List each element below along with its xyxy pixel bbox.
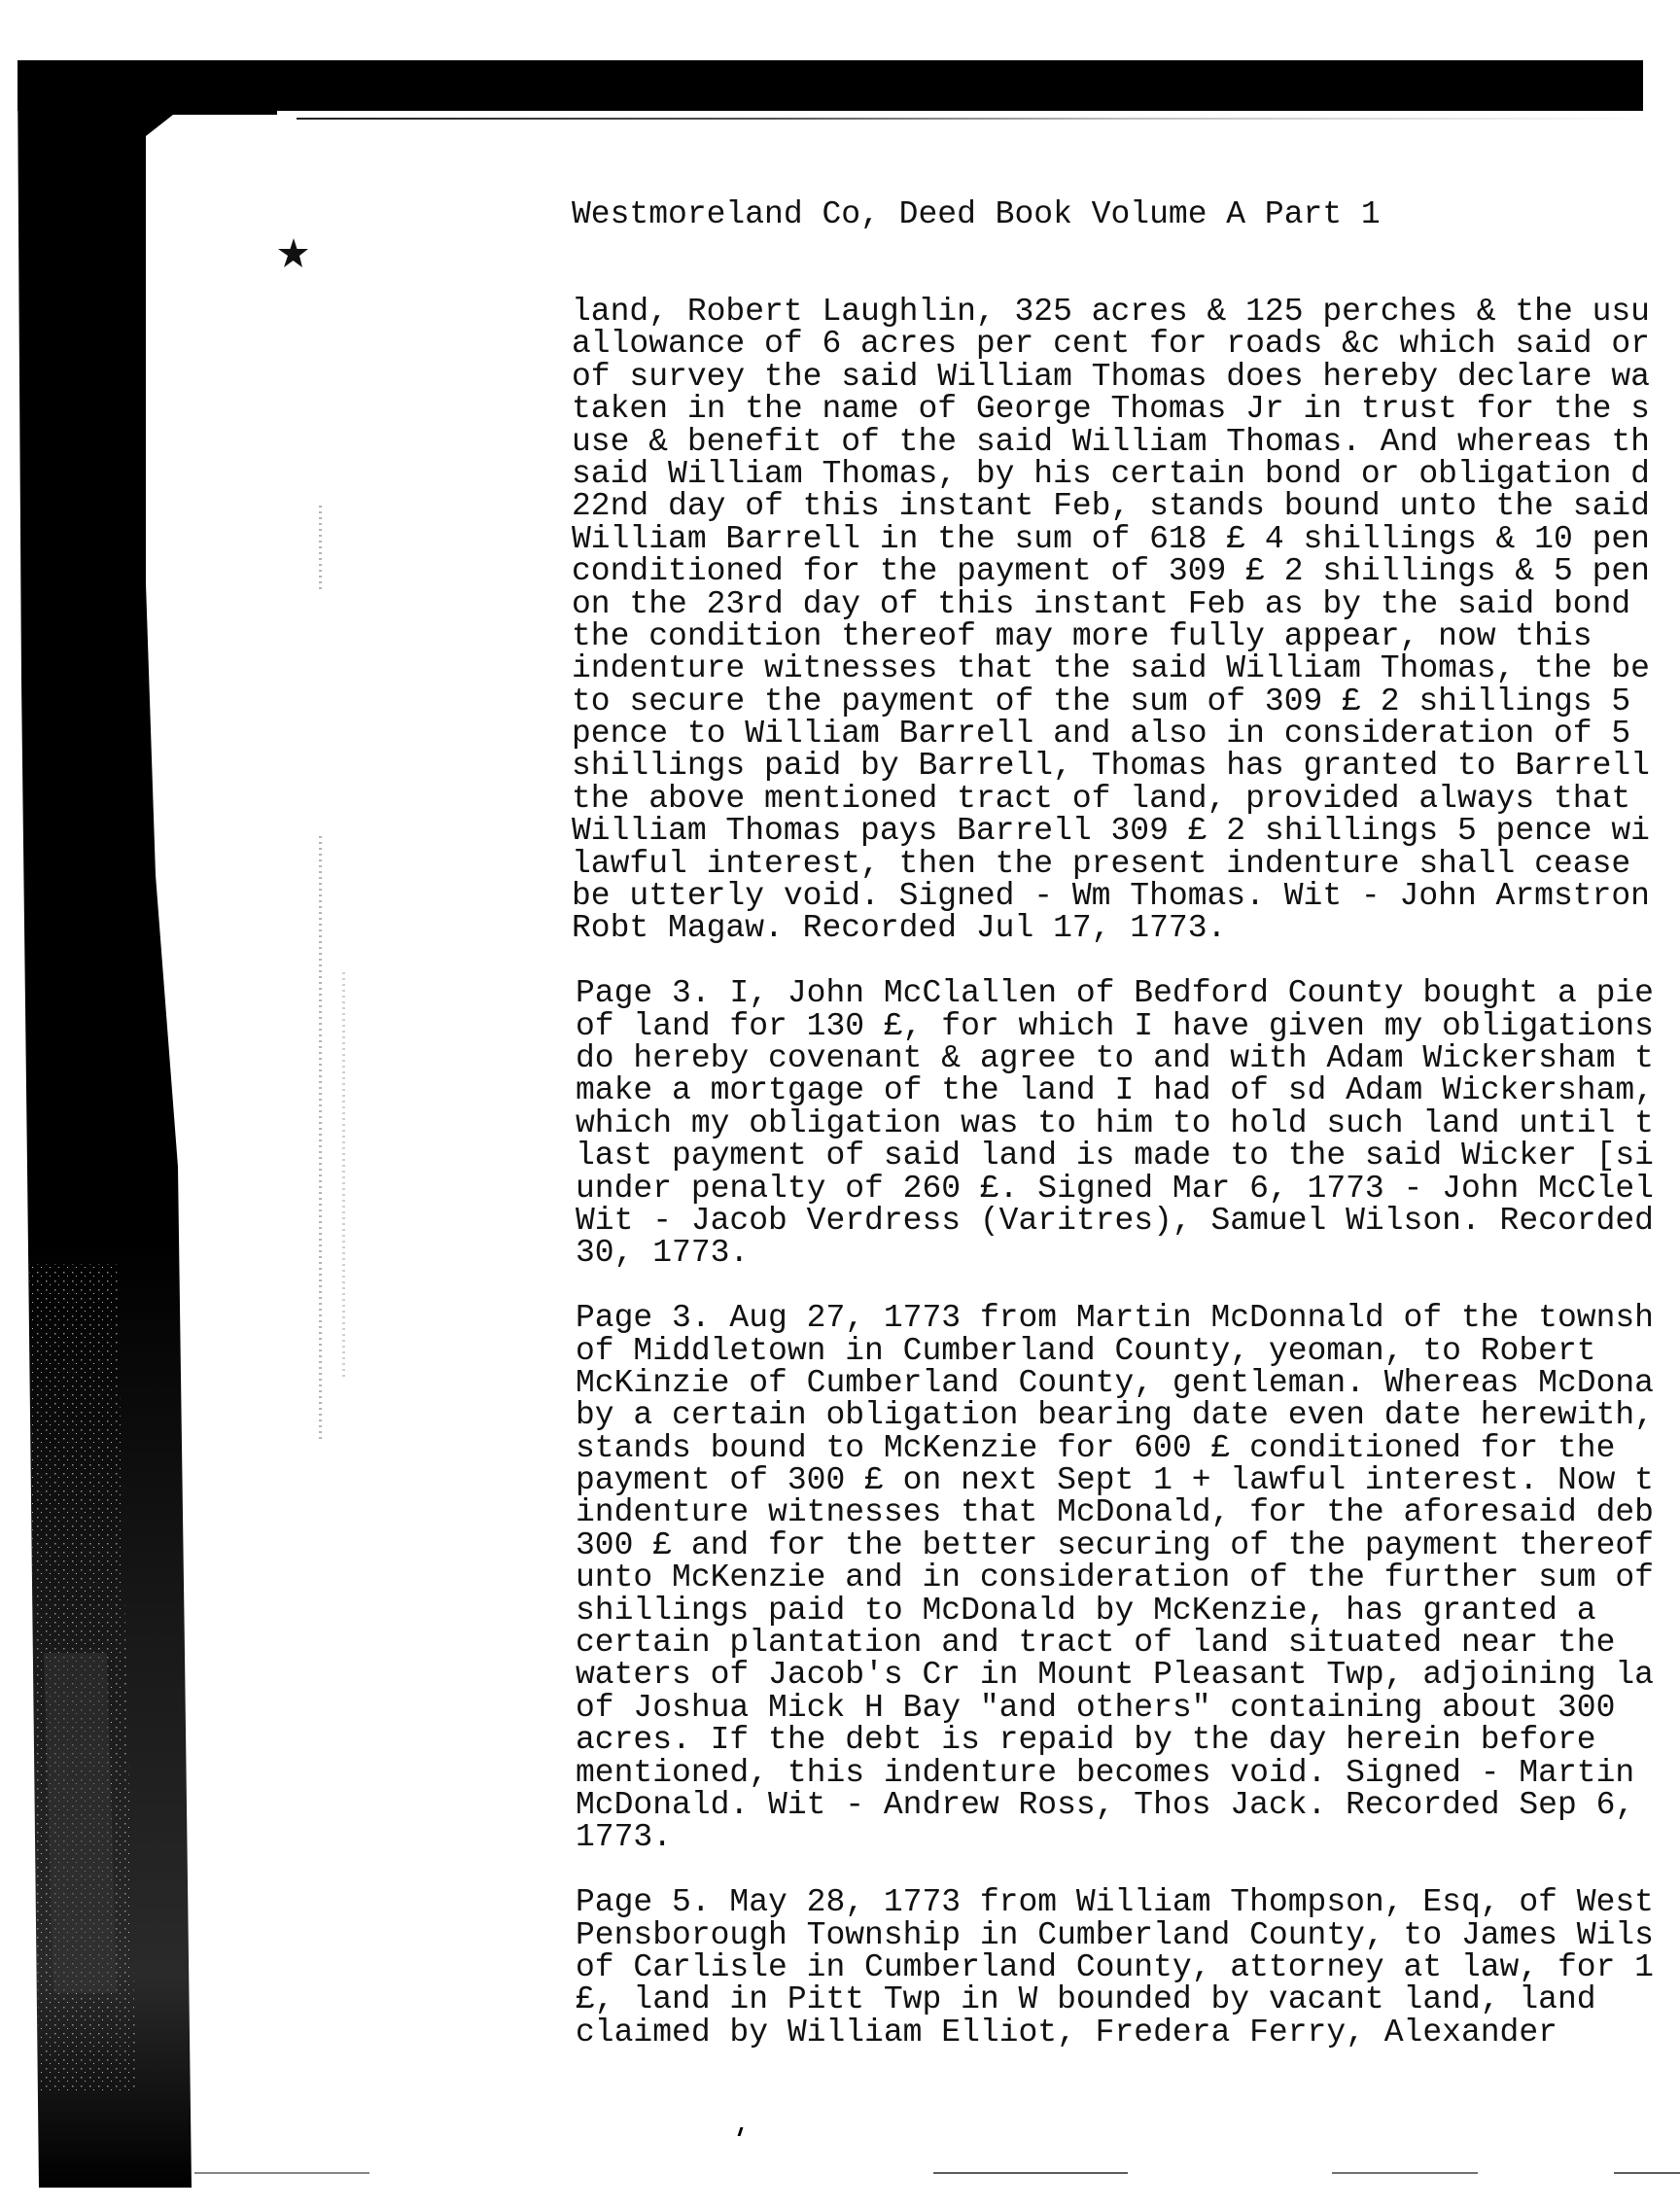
text-line: of Middletown in Cumberland County, yeom… bbox=[576, 1335, 1661, 1367]
text-line: Wit - Jacob Verdress (Varitres), Samuel … bbox=[576, 1205, 1661, 1237]
scan-artifact bbox=[319, 506, 322, 593]
text-line: William Barrell in the sum of 618 £ 4 sh… bbox=[572, 523, 1661, 555]
text-line: taken in the name of George Thomas Jr in… bbox=[572, 393, 1661, 425]
star-margin-icon bbox=[275, 236, 310, 271]
text-line: of land for 130 £, for which I have give… bbox=[576, 1010, 1661, 1042]
text-line: land, Robert Laughlin, 325 acres & 125 p… bbox=[572, 296, 1661, 328]
text-line: shillings paid by Barrell, Thomas has gr… bbox=[572, 750, 1661, 782]
text-line: use & benefit of the said William Thomas… bbox=[572, 426, 1661, 458]
text-line: £, land in Pitt Twp in W bounded by vaca… bbox=[576, 1983, 1661, 2015]
text-line: payment of 300 £ on next Sept 1 + lawful… bbox=[576, 1464, 1661, 1496]
text-line: 22nd day of this instant Feb, stands bou… bbox=[572, 490, 1661, 522]
text-line: the condition thereof may more fully app… bbox=[572, 620, 1661, 652]
text-line: 1773. bbox=[576, 1821, 1661, 1853]
page-edge-line bbox=[297, 118, 1658, 120]
text-line: Page 3. Aug 27, 1773 from Martin McDonna… bbox=[576, 1302, 1661, 1334]
scan-artifact bbox=[319, 836, 322, 1439]
text-line: on the 23rd day of this instant Feb as b… bbox=[572, 588, 1661, 620]
text-line: claimed by William Elliot, Fredera Ferry… bbox=[576, 2016, 1661, 2049]
text-line: of Carlisle in Cumberland County, attorn… bbox=[576, 1951, 1661, 1983]
text-line: pence to William Barrell and also in con… bbox=[572, 718, 1661, 750]
scan-border-top bbox=[17, 60, 1643, 111]
text-line: of Joshua Mick H Bay "and others" contai… bbox=[576, 1692, 1661, 1724]
text-line: do hereby covenant & agree to and with A… bbox=[576, 1042, 1661, 1074]
scanned-page: Westmoreland Co, Deed Book Volume A Part… bbox=[0, 0, 1680, 2208]
text-line: Robt Magaw. Recorded Jul 17, 1773. bbox=[572, 912, 1661, 944]
text-line: lawful interest, then the present indent… bbox=[572, 848, 1661, 880]
text-line: last payment of said land is made to the… bbox=[576, 1139, 1661, 1172]
page-bottom-edge bbox=[1332, 2172, 1478, 2174]
text-line: McKinzie of Cumberland County, gentleman… bbox=[576, 1367, 1661, 1399]
text-line: 300 £ and for the better securing of the… bbox=[576, 1529, 1661, 1561]
text-line: Page 5. May 28, 1773 from William Thomps… bbox=[576, 1886, 1661, 1918]
text-line: allowance of 6 acres per cent for roads … bbox=[572, 328, 1661, 360]
text-line: Pensborough Township in Cumberland Count… bbox=[576, 1919, 1661, 1951]
text-line: William Thomas pays Barrell 309 £ 2 shil… bbox=[572, 815, 1661, 847]
page-bottom-edge bbox=[933, 2172, 1128, 2174]
text-line: waters of Jacob's Cr in Mount Pleasant T… bbox=[576, 1659, 1661, 1691]
text-line: by a certain obligation bearing date eve… bbox=[576, 1399, 1661, 1431]
text-line: McDonald. Wit - Andrew Ross, Thos Jack. … bbox=[576, 1789, 1661, 1821]
text-line: be utterly void. Signed - Wm Thomas. Wit… bbox=[572, 880, 1661, 912]
text-line: conditioned for the payment of 309 £ 2 s… bbox=[572, 555, 1661, 587]
text-line: Page 3. I, John McClallen of Bedford Cou… bbox=[576, 977, 1661, 1009]
text-line: 30, 1773. bbox=[576, 1237, 1661, 1269]
text-line: which my obligation was to him to hold s… bbox=[576, 1107, 1661, 1139]
text-line: unto McKenzie and in consideration of th… bbox=[576, 1561, 1661, 1594]
text-line: acres. If the debt is repaid by the day … bbox=[576, 1724, 1661, 1756]
deed-entry: Page 3. I, John McClallen of Bedford Cou… bbox=[572, 977, 1661, 1270]
text-line: indenture witnesses that the said Willia… bbox=[572, 652, 1661, 684]
deed-entry: Page 3. Aug 27, 1773 from Martin McDonna… bbox=[572, 1302, 1661, 1854]
text-line: certain plantation and tract of land sit… bbox=[576, 1627, 1661, 1659]
text-line: make a mortgage of the land I had of sd … bbox=[576, 1074, 1661, 1106]
document-body: land, Robert Laughlin, 325 acres & 125 p… bbox=[572, 296, 1661, 2081]
document-header: Westmoreland Co, Deed Book Volume A Part… bbox=[572, 198, 1381, 230]
text-line: mentioned, this indenture becomes void. … bbox=[576, 1757, 1661, 1789]
deed-entry: land, Robert Laughlin, 325 acres & 125 p… bbox=[572, 296, 1661, 945]
page-bottom-edge bbox=[194, 2172, 369, 2174]
scan-artifact bbox=[342, 972, 345, 1381]
text-line: said William Thomas, by his certain bond… bbox=[572, 458, 1661, 490]
text-line: to secure the payment of the sum of 309 … bbox=[572, 685, 1661, 718]
deed-entry: Page 5. May 28, 1773 from William Thomps… bbox=[572, 1886, 1661, 2049]
text-line: indenture witnesses that McDonald, for t… bbox=[576, 1496, 1661, 1528]
text-line: stands bound to McKenzie for 600 £ condi… bbox=[576, 1432, 1661, 1464]
text-line: under penalty of 260 £. Signed Mar 6, 17… bbox=[576, 1173, 1661, 1205]
page-bottom-edge bbox=[1614, 2172, 1680, 2174]
text-line: of survey the said William Thomas does h… bbox=[572, 361, 1661, 393]
text-line: the above mentioned tract of land, provi… bbox=[572, 783, 1661, 815]
text-line: shillings paid to McDonald by McKenzie, … bbox=[576, 1595, 1661, 1627]
